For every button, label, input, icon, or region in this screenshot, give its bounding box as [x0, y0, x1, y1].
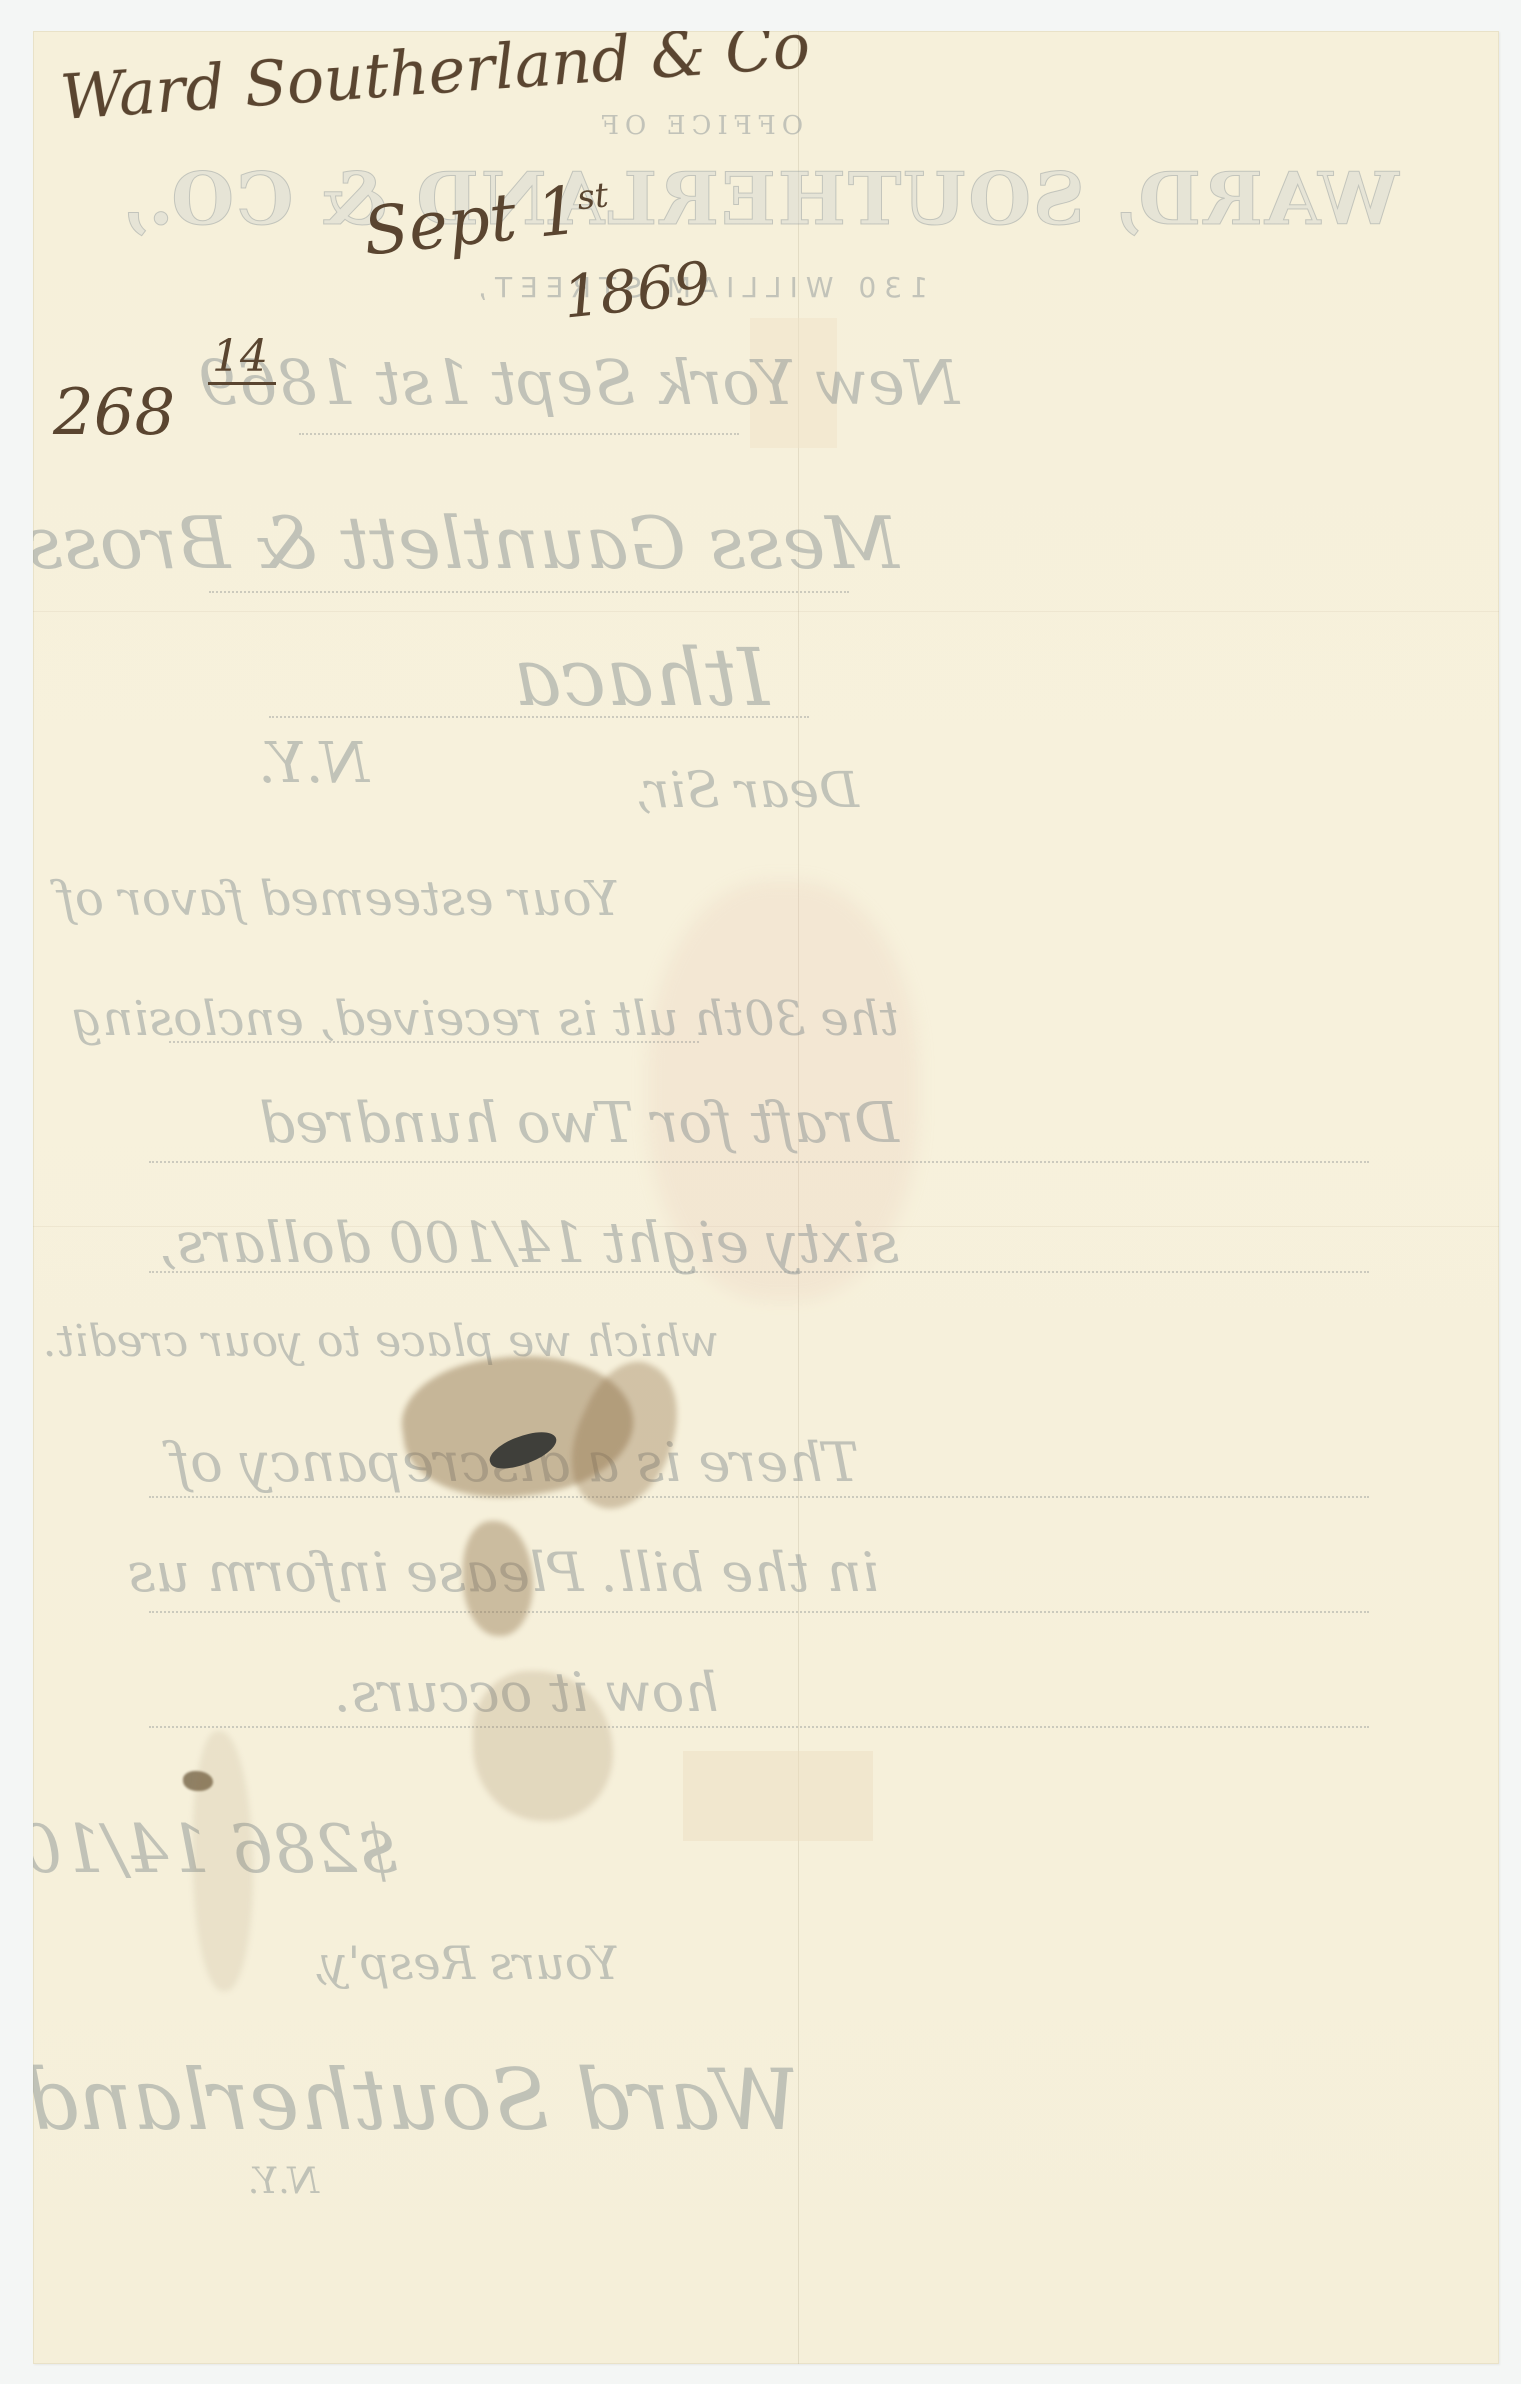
ruled-line — [149, 1726, 1369, 1728]
letter-line: Your esteemed favor of — [57, 871, 619, 927]
letter-line: which we place to your credit. — [43, 1316, 719, 1367]
ruled-line — [149, 1611, 1369, 1613]
letter-line: sixty eight 14/100 dollars, — [159, 1211, 899, 1276]
letter-line: Draft for Two hundred — [259, 1091, 899, 1156]
letter-salutation: Dear Sir, — [635, 761, 859, 819]
letter-signature-note: N.Y. — [248, 2161, 319, 2202]
scanned-document: OFFICE OF WARD, SOUTHERLAND & CO., 130 W… — [0, 0, 1521, 2384]
ruled-line — [209, 591, 849, 593]
docket-amount-cents: 14 — [208, 331, 276, 385]
letter-paper: OFFICE OF WARD, SOUTHERLAND & CO., 130 W… — [33, 31, 1499, 2364]
ruled-line — [149, 1271, 1369, 1273]
ruled-line — [149, 1496, 1369, 1498]
letter-addressee: Mess Gauntlett & Bross — [33, 501, 899, 585]
letter-place-date: New York Sept 1st 1869 — [198, 346, 959, 419]
letter-city: Ithaca — [514, 631, 769, 724]
docket-date-suffix: st — [575, 175, 610, 218]
ruled-line — [299, 433, 739, 435]
letter-state: N.Y. — [258, 731, 369, 796]
letterhead-office-of: OFFICE OF — [419, 111, 979, 141]
ruled-line — [169, 1041, 699, 1043]
docket-amount-dollars: 268 — [53, 376, 175, 450]
ruled-line — [269, 716, 809, 718]
letter-line: the 30th ult is received, enclosing — [72, 991, 899, 1047]
letter-signature: Ward Southerland & Co — [33, 2051, 799, 2149]
ruled-line — [149, 1161, 1369, 1163]
letter-closing: Yours Resp'y, — [313, 1936, 619, 1990]
